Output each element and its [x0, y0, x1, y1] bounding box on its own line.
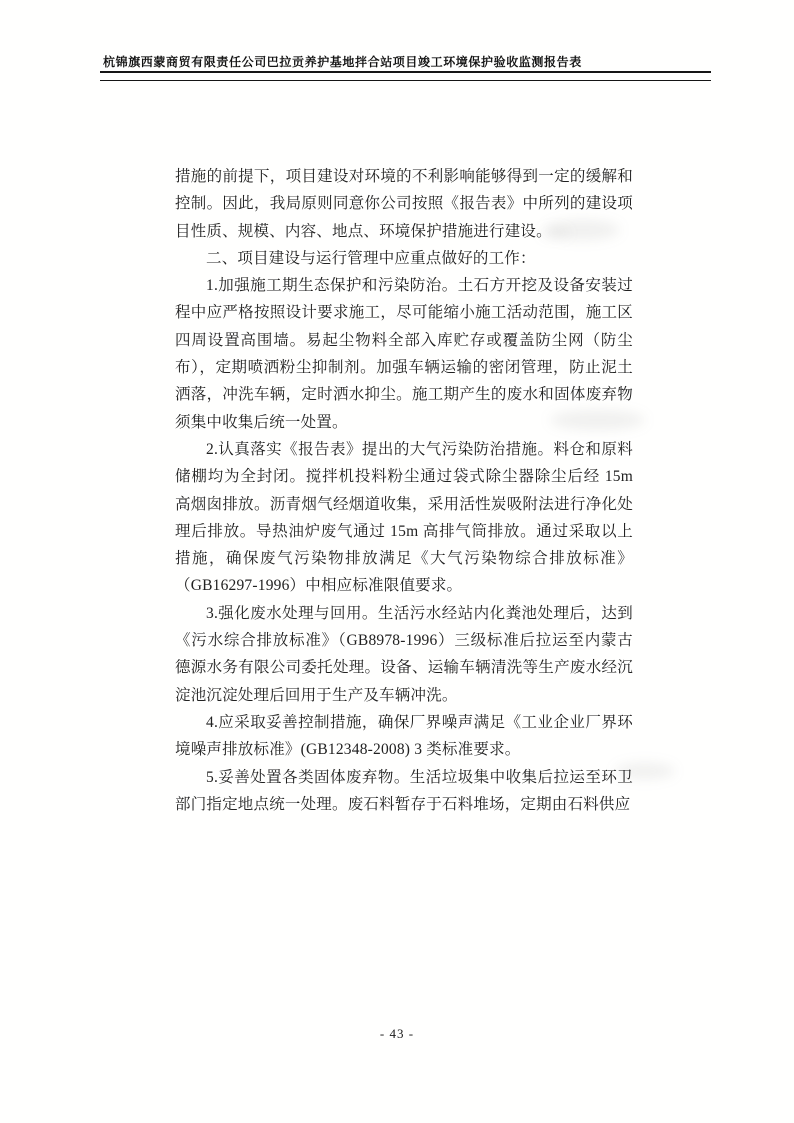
section-2-heading: 二、项目建设与运行管理中应重点做好的工作： — [175, 245, 633, 272]
page-number: - 43 - — [0, 1026, 794, 1042]
document-page: 杭锦旗西蒙商贸有限责任公司巴拉贡养护基地拌合站项目竣工环境保护验收监测报告表 措… — [0, 0, 794, 1123]
page-header-title: 杭锦旗西蒙商贸有限责任公司巴拉贡养护基地拌合站项目竣工环境保护验收监测报告表 — [103, 53, 703, 70]
continuation-paragraph: 措施的前提下，项目建设对环境的不利影响能够得到一定的缓解和控制。因此，我局原则同… — [175, 163, 633, 245]
item-5-paragraph: 5.妥善处置各类固体废弃物。生活垃圾集中收集后拉运至环卫部门指定地点统一处理。废… — [175, 764, 633, 819]
header-double-rule — [100, 71, 711, 81]
item-1-paragraph: 1.加强施工期生态保护和污染防治。土石方开挖及设备安装过程中应严格按照设计要求施… — [175, 272, 633, 436]
item-3-paragraph: 3.强化废水处理与回用。生活污水经站内化粪池处理后，达到《污水综合排放标准》（G… — [175, 600, 633, 709]
item-2-paragraph: 2.认真落实《报告表》提出的大气污染防治措施。料仓和原料储棚均为全封闭。搅拌机投… — [175, 436, 633, 600]
document-body: 措施的前提下，项目建设对环境的不利影响能够得到一定的缓解和控制。因此，我局原则同… — [175, 163, 633, 818]
item-4-paragraph: 4.应采取妥善控制措施，确保厂界噪声满足《工业企业厂界环境噪声排放标准》(GB1… — [175, 709, 633, 764]
